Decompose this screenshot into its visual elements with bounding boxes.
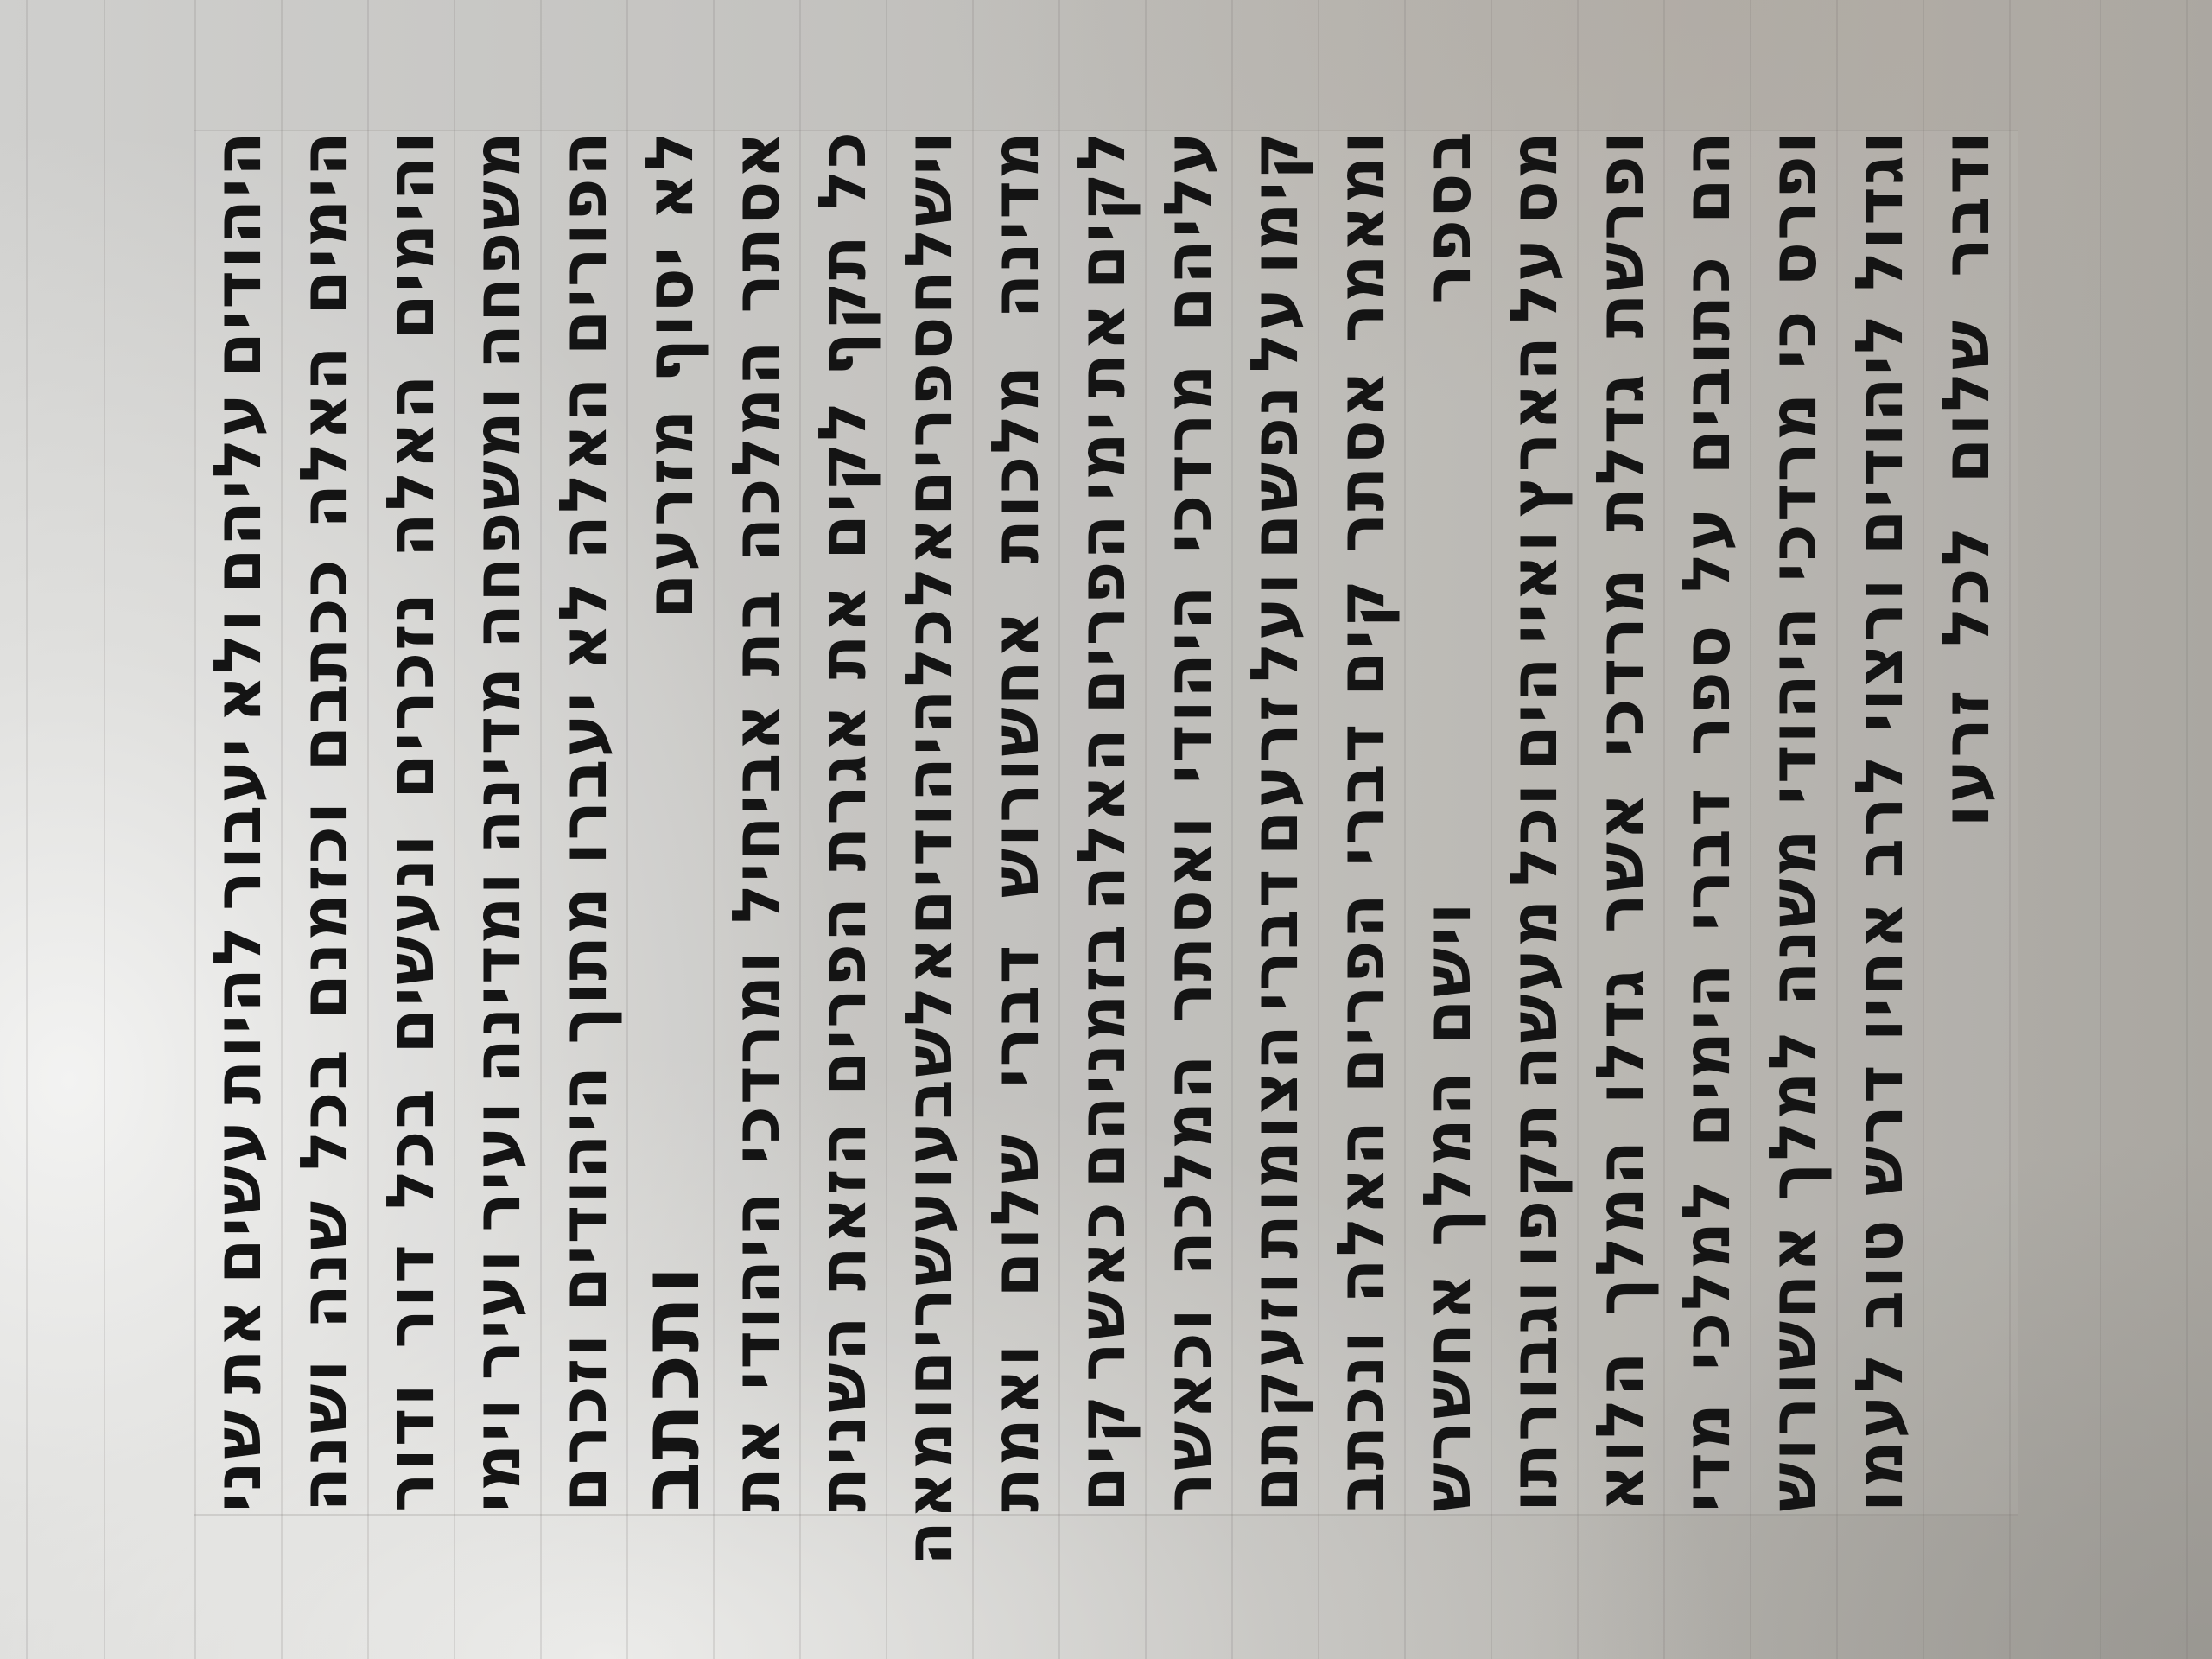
scroll-word: זרעם	[1231, 694, 1318, 856]
scroll-word: וימי	[454, 1396, 540, 1512]
scroll-word: המלכה	[713, 339, 799, 562]
scroll-word: וגבורתו	[1491, 1279, 1577, 1512]
line-end-phrase: וישם המלך אחשרש	[1404, 900, 1491, 1512]
scroll-word: לקים	[1058, 130, 1145, 289]
scroll-word: יעברו	[540, 691, 626, 865]
line-start-phrase: בספר	[1404, 130, 1491, 304]
ruling-line	[2100, 0, 2101, 1659]
scroll-word: מדינה	[972, 130, 1058, 319]
scroll-word: זרעו	[1923, 689, 2009, 828]
scroll-line-20: וגדולליהודיםורצוילרבאחיודרשטובלעמו	[1836, 130, 1923, 1512]
scroll-word: שבע	[886, 1027, 972, 1166]
scroll-line-16: מסעלהארץואייהיםוכלמעשהתקפווגבורתו	[1491, 130, 1577, 1512]
scroll-word: דרש	[1836, 1063, 1923, 1196]
scroll-word: כל	[799, 130, 886, 210]
scroll-line-4: משפחהומשפחהמדינהומדינהועירועירוימי	[454, 130, 540, 1512]
scroll-word: קים	[1058, 1394, 1145, 1512]
scroll-word: היהודים	[886, 687, 972, 935]
scroll-word: גדלו	[1577, 968, 1663, 1105]
scroll-word: דברי	[972, 944, 1058, 1088]
scroll-line-18: הםכתוביםעלספרדבריהימיםלמלכימדי	[1663, 130, 1750, 1512]
scroll-word: ליהודים	[1836, 313, 1923, 556]
scroll-word: ונכתב	[1318, 1329, 1404, 1512]
scroll-word: בזמניהם	[1058, 923, 1145, 1189]
scroll-word: אחשורוש	[972, 609, 1058, 899]
scroll-line-7: אסתרהמלכהבתאביחילומרדכיהיהודיאת	[713, 130, 799, 1512]
scroll-word: קימו	[1231, 130, 1318, 274]
scroll-word: אגרת	[799, 703, 886, 872]
scroll-word: וזעקתם	[1231, 1270, 1318, 1512]
scroll-word: ומאה	[886, 1396, 972, 1567]
scroll-word: לרב	[1836, 753, 1923, 878]
scroll-line-15: בספרוישם המלך אחשרש	[1404, 130, 1491, 1512]
scroll-word: מתוך	[540, 885, 626, 1045]
scroll-word: ומרדכי	[713, 950, 799, 1165]
scroll-word: והימים	[367, 130, 454, 340]
scroll-word: מדינה	[454, 665, 540, 855]
scroll-word: ואיי	[1491, 528, 1577, 644]
scroll-word: גדלת	[1577, 372, 1663, 532]
scroll-word: להיות	[194, 925, 281, 1105]
scroll-word: ועיר	[454, 1249, 540, 1381]
scroll-word: כתובים	[1663, 255, 1750, 475]
ruling-line	[2009, 0, 2011, 1659]
scroll-word: ודבר	[1923, 130, 2009, 277]
scroll-word: על	[1491, 236, 1577, 323]
scroll-line-13: קימועלנפשםועלזרעםדבריהצומותוזעקתם	[1231, 130, 1318, 1512]
scroll-word: ומדינה	[454, 870, 540, 1084]
scroll-word: הלוא	[1577, 1350, 1663, 1512]
scroll-word: את	[1058, 302, 1145, 397]
scroll-word: את	[713, 1416, 799, 1512]
scroll-word: הימים	[281, 130, 367, 315]
scroll-text-column: היהודיםעליהםולאיעבורלהיותעשיםאתשניהימיםה…	[194, 130, 2009, 1512]
scroll-line-2: הימיםהאלהככתבםוכזמנםבכלשנהושנה	[281, 130, 367, 1512]
scroll-word: עליהם	[1145, 130, 1231, 332]
scroll-line-3: והימיםהאלהנזכריםונעשיםבכלדורודור	[367, 130, 454, 1512]
scroll-word: אסתר	[713, 130, 799, 314]
scroll-word: ופרשת	[1577, 130, 1663, 338]
scroll-word: וישלח	[886, 130, 972, 315]
scroll-word: עליהם	[194, 391, 281, 594]
scroll-word: כאשר	[1058, 1200, 1145, 1382]
scroll-word: ונעשים	[367, 833, 454, 1054]
scroll-word: וכל	[1491, 782, 1577, 887]
scroll-line-21: ודברשלוםלכלזרעו	[1923, 130, 2009, 1512]
scroll-word: שנה	[281, 1199, 367, 1329]
scroll-word: האלה	[281, 344, 367, 529]
scroll-word: הארץ	[1491, 334, 1577, 518]
scroll-line-10: מדינהמלכותאחשורושדברישלוםואמת	[972, 130, 1058, 1512]
scroll-word: שלום	[972, 1133, 1058, 1298]
scroll-word: המלכה	[1145, 1052, 1231, 1275]
scroll-word: ספרים	[886, 315, 972, 516]
scroll-line-1: היהודיםעליהםולאיעבורלהיותעשיםאתשני	[194, 130, 281, 1512]
scroll-word: הפרים	[1058, 512, 1145, 714]
scroll-word: וכזמנם	[281, 800, 367, 1020]
scroll-word: ועל	[1231, 571, 1318, 683]
scroll-word: נזכרים	[367, 591, 454, 799]
scroll-word: אשר	[1577, 791, 1663, 933]
scroll-line-11: לקיםאתימיהפריםהאלהבזמניהםכאשרקים	[1058, 130, 1145, 1512]
scroll-word: וכאשר	[1145, 1306, 1231, 1512]
scroll-word: מרדכי	[1577, 566, 1663, 757]
scroll-word: ולא	[194, 607, 281, 722]
scroll-word: היהודים	[540, 1065, 626, 1313]
ruling-line	[2186, 0, 2188, 1659]
scroll-word: לא	[540, 580, 626, 671]
scroll-word: נפשם	[1231, 384, 1318, 559]
scroll-word: היהודי	[1750, 604, 1836, 804]
scroll-word: אחיו	[1836, 899, 1923, 1041]
scroll-word: אחשורוש	[1750, 1223, 1836, 1512]
scroll-word: ועשרים	[886, 1165, 972, 1395]
scroll-word: וזכרם	[540, 1332, 626, 1512]
scroll-word: בת	[713, 588, 799, 676]
scroll-word: המלך	[1577, 1139, 1663, 1316]
scroll-word: ככתבם	[281, 557, 367, 771]
scroll-word: ומשפחה	[454, 385, 540, 649]
scroll-word: מעשה	[1491, 898, 1577, 1090]
scroll-word: ועיר	[454, 1100, 540, 1232]
scroll-word: משפחה	[454, 130, 540, 369]
scroll-word: אביחיל	[713, 702, 799, 924]
scroll-word: הפורים	[540, 130, 626, 355]
scroll-word: ימי	[1058, 410, 1145, 501]
scroll-line-12: עליהםמרדכיהיהודיואסתרהמלכהוכאשר	[1145, 130, 1231, 1512]
scroll-word: מרדכי	[1750, 391, 1836, 582]
scroll-word: אסתר	[1318, 369, 1404, 553]
scroll-word: ופרס	[1750, 130, 1836, 287]
scroll-word: מרדכי	[1145, 362, 1231, 553]
scroll-line-8: כלתקףלקיםאתאגרתהפריםהזאתהשנית	[799, 130, 886, 1512]
scroll-line-9: וישלחספריםאלכלהיהודיםאלשבעועשריםומאה	[886, 130, 972, 1512]
scroll-word: תקף	[799, 233, 886, 376]
scroll-word: משנה	[1750, 827, 1836, 1006]
scroll-word: הצומות	[1231, 1023, 1318, 1259]
scroll-word: הימים	[1663, 962, 1750, 1147]
scroll-word: עשים	[194, 1119, 281, 1285]
scroll-word: הזאת	[799, 1120, 886, 1291]
scroll-word: הפרים	[1318, 892, 1404, 1093]
scroll-word: היהודי	[713, 1190, 799, 1390]
scroll-line-5: הפוריםהאלהלאיעברומתוךהיהודיםוזכרם	[540, 130, 626, 1512]
scroll-word: דברי	[1663, 786, 1750, 931]
scroll-word: דברי	[1318, 722, 1404, 867]
scroll-line-19: ופרסכימרדכיהיהודימשנהלמלךאחשורוש	[1750, 130, 1836, 1512]
scroll-word: לעמו	[1836, 1351, 1923, 1512]
scroll-word: טוב	[1836, 1217, 1923, 1330]
scroll-word: האלה	[1318, 1119, 1404, 1304]
scroll-word: הם	[1663, 130, 1750, 224]
scroll-word: לכל	[1923, 525, 2009, 647]
scroll-word: היהודים	[194, 130, 281, 378]
scroll-word: השנית	[799, 1314, 886, 1512]
scroll-word: על	[1231, 286, 1318, 373]
scroll-word: שני	[194, 1408, 281, 1512]
scroll-word: ורצוי	[1836, 576, 1923, 732]
scroll-word: כל	[886, 607, 972, 687]
scroll-word: ושנה	[281, 1358, 367, 1512]
scroll-word: מלכות	[972, 364, 1058, 564]
line-start-phrase: לא יסוף מזרעם	[626, 130, 713, 619]
line-end-phrase: ותכתב	[626, 1264, 713, 1512]
scroll-word: ואמת	[972, 1343, 1058, 1512]
scroll-word: דברי	[1231, 868, 1318, 1012]
scroll-word: ודור	[367, 1382, 454, 1512]
scroll-word: לקים	[799, 400, 886, 560]
ruling-line	[26, 0, 28, 1659]
scroll-word: תקפו	[1491, 1102, 1577, 1268]
scroll-word: מדי	[1663, 1402, 1750, 1512]
scroll-word: היהודי	[1145, 583, 1231, 784]
scroll-line-17: ופרשתגדלתמרדכיאשרגדלוהמלךהלוא	[1577, 130, 1663, 1512]
scroll-word: הפרים	[799, 895, 886, 1096]
scroll-word: וגדול	[1836, 130, 1923, 291]
scroll-word: הים	[1491, 655, 1577, 771]
scroll-word: את	[194, 1298, 281, 1394]
ruling-line	[104, 0, 105, 1659]
scroll-line-14: ומאמראסתרקיםדבריהפריםהאלהונכתב	[1318, 130, 1404, 1512]
scroll-word: על	[1663, 505, 1750, 593]
scroll-word: אל	[886, 935, 972, 1026]
scroll-word: ומאמר	[1318, 130, 1404, 343]
scroll-word: מס	[1491, 130, 1577, 226]
scroll-word: שלום	[1923, 319, 2009, 484]
scroll-word: בכל	[281, 1048, 367, 1170]
scroll-word: ואסתר	[1145, 815, 1231, 1023]
scroll-line-6: לא יסוף מזרעםותכתב	[626, 130, 713, 1512]
scroll-word: ספר	[1663, 623, 1750, 755]
scroll-word: האלה	[540, 375, 626, 560]
scroll-word: קים	[1318, 578, 1404, 696]
scroll-word: דור	[367, 1243, 454, 1349]
scroll-word: למלך	[1750, 1028, 1836, 1200]
scroll-word: כי	[1750, 308, 1836, 368]
scroll-word: בכל	[367, 1087, 454, 1209]
scroll-word: את	[799, 583, 886, 679]
scroll-word: אל	[886, 516, 972, 607]
scroll-word: האלה	[367, 373, 454, 558]
scroll-word: למלכי	[1663, 1179, 1750, 1370]
scroll-word: האלה	[1058, 726, 1145, 911]
scroll-word: יעבור	[194, 737, 281, 911]
